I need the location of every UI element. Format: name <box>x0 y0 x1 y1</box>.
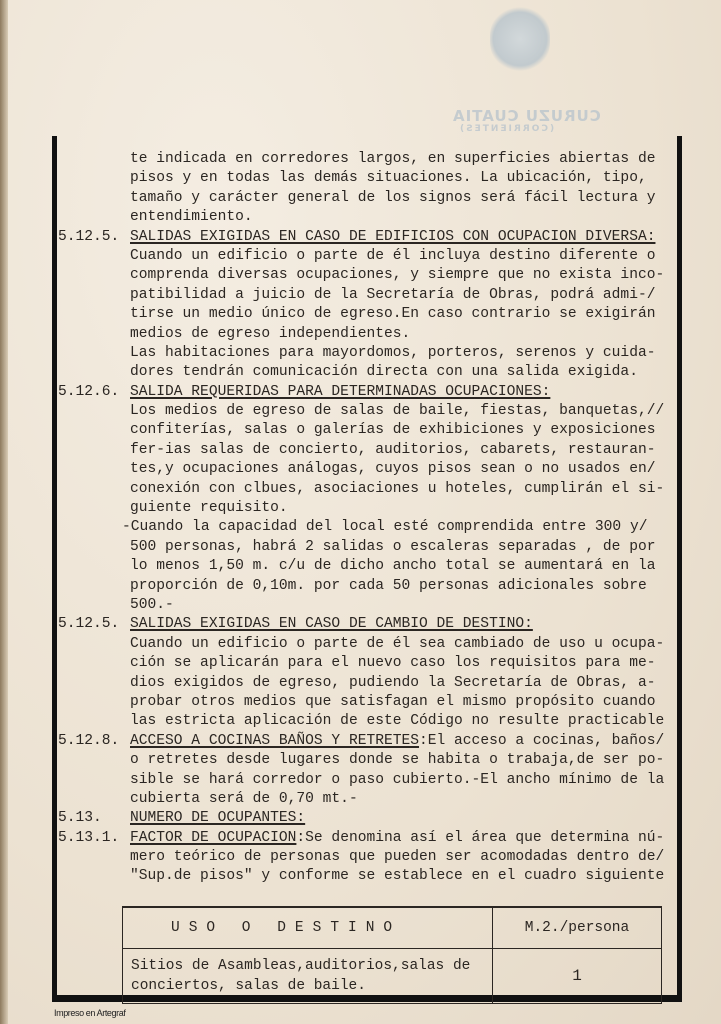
text-line: te indicada en corredores largos, en sup… <box>58 150 680 169</box>
section-heading: SALIDAS EXIGIDAS EN CASO DE EDIFICIOS CO… <box>130 229 655 245</box>
section-line: 5.13.NUMERO DE OCUPANTES: <box>58 809 680 828</box>
section-number: 5.12.8. <box>58 732 119 751</box>
line-text: entendimiento. <box>130 209 253 225</box>
line-text: Cuando un edificio o parte de él incluya… <box>130 248 655 264</box>
line-text: Las habitaciones para mayordomos, porter… <box>130 345 655 361</box>
line-text: pisos y en todas las demás situaciones. … <box>130 170 647 186</box>
section-heading: SALIDA REQUERIDAS PARA DETERMINADAS OCUP… <box>130 384 550 400</box>
section-heading: SALIDAS EXIGIDAS EN CASO DE CAMBIO DE DE… <box>130 616 533 632</box>
line-text: :Se denomina así el área que determina n… <box>296 830 664 846</box>
line-text: patibilidad a juicio de la Secretaría de… <box>130 287 655 303</box>
text-line: -Cuando la capacidad del local esté comp… <box>58 518 680 537</box>
section-line: 5.13.1.FACTOR DE OCUPACION:Se denomina a… <box>58 829 680 848</box>
section-heading: ACCESO A COCINAS BAÑOS Y RETRETES <box>130 733 419 749</box>
text-line: confiterías, salas o galerías de exhibic… <box>58 421 680 440</box>
text-line: entendimiento. <box>58 208 680 227</box>
text-line: comprenda diversas ocupaciones, y siempr… <box>58 266 680 285</box>
section-number: 5.12.6. <box>58 383 119 402</box>
text-line: probar otros medios que satisfagan el mi… <box>58 693 680 712</box>
printer-credit: Impreso en Artegraf <box>54 1008 125 1018</box>
cell-use: Sitios de Asambleas,auditorios,salas dec… <box>123 949 493 1004</box>
text-line: mero teórico de personas que pueden ser … <box>58 848 680 867</box>
text-line: o retretes desde lugares donde se habita… <box>58 751 680 770</box>
line-text: te indicada en corredores largos, en sup… <box>130 151 655 167</box>
line-text: lo menos 1,50 m. c/u de dicho ancho tota… <box>130 558 655 574</box>
line-text: :El acceso a cocinas, baños/ <box>419 733 664 749</box>
text-line: tirse un medio único de egreso.En caso c… <box>58 305 680 324</box>
line-text: probar otros medios que satisfagan el mi… <box>130 694 655 710</box>
watermark-province: (CORRIENTES) <box>458 124 554 134</box>
text-line: ción se aplicarán para el nuevo caso los… <box>58 654 680 673</box>
text-line: Cuando un edificio o parte de él incluya… <box>58 247 680 266</box>
line-text: Los medios de egreso de salas de baile, … <box>130 403 664 419</box>
line-text: medios de egreso independientes. <box>130 326 410 342</box>
watermark-city: CURUZU CUATIA <box>452 107 601 125</box>
line-text: Cuando un edificio o parte de él sea cam… <box>130 636 664 652</box>
line-text: dios exigidos de egreso, pudiendo la Sec… <box>130 675 655 691</box>
text-line: lo menos 1,50 m. c/u de dicho ancho tota… <box>58 557 680 576</box>
line-text: o retretes desde lugares donde se habita… <box>130 752 664 768</box>
line-text: las estricta aplicación de este Código n… <box>130 713 664 729</box>
text-line: "Sup.de pisos" y conforme se establece e… <box>58 867 680 886</box>
document-body: te indicada en corredores largos, en sup… <box>58 150 680 887</box>
line-text: 500.- <box>130 597 174 613</box>
text-line: dios exigidos de egreso, pudiendo la Sec… <box>58 674 680 693</box>
line-text: cubierta será de 0,70 mt.- <box>130 791 358 807</box>
frame-left-border <box>52 136 57 1002</box>
seal-watermark-icon <box>490 6 550 72</box>
line-text: ción se aplicarán para el nuevo caso los… <box>130 655 655 671</box>
line-text: conexión con clbues, asociaciones u hote… <box>130 481 664 497</box>
section-number: 5.13. <box>58 809 102 828</box>
text-line: guiente requisito. <box>58 499 680 518</box>
page-edge-shadow <box>0 0 8 1024</box>
text-line: Las habitaciones para mayordomos, porter… <box>58 344 680 363</box>
text-line: proporción de 0,10m. por cada 50 persona… <box>58 577 680 596</box>
text-line: 500 personas, habrá 2 salidas o escalera… <box>58 538 680 557</box>
text-line: Los medios de egreso de salas de baile, … <box>58 402 680 421</box>
text-line: cubierta será de 0,70 mt.- <box>58 790 680 809</box>
line-text: guiente requisito. <box>130 500 288 516</box>
line-text: -Cuando la capacidad del local esté comp… <box>122 519 647 535</box>
text-line: tamaño y carácter general de los signos … <box>58 189 680 208</box>
line-text: "Sup.de pisos" y conforme se establece e… <box>130 868 664 884</box>
line-text: 500 personas, habrá 2 salidas o escalera… <box>130 539 655 555</box>
line-text: confiterías, salas o galerías de exhibic… <box>130 422 655 438</box>
section-line: 5.12.5.SALIDAS EXIGIDAS EN CASO DE EDIFI… <box>58 228 680 247</box>
column-header-use: USO O DESTINO <box>123 907 493 949</box>
section-line: 5.12.5.SALIDAS EXIGIDAS EN CASO DE CAMBI… <box>58 615 680 634</box>
cell-area-per-person: 1 <box>493 949 662 1004</box>
line-text: comprenda diversas ocupaciones, y siempr… <box>130 267 664 283</box>
section-heading: NUMERO DE OCUPANTES: <box>130 810 305 826</box>
line-text: sible se hará corredor o paso cubierto.-… <box>130 772 664 788</box>
text-line: sible se hará corredor o paso cubierto.-… <box>58 771 680 790</box>
text-line: fer-ias salas de concierto, auditorios, … <box>58 441 680 460</box>
text-line: pisos y en todas las demás situaciones. … <box>58 169 680 188</box>
section-heading: FACTOR DE OCUPACION <box>130 830 296 846</box>
line-text: mero teórico de personas que pueden ser … <box>130 849 664 865</box>
text-line: medios de egreso independientes. <box>58 325 680 344</box>
table-row: Sitios de Asambleas,auditorios,salas dec… <box>123 949 662 1004</box>
line-text: fer-ias salas de concierto, auditorios, … <box>130 442 655 458</box>
section-line: 5.12.8.ACCESO A COCINAS BAÑOS Y RETRETES… <box>58 732 680 751</box>
text-line: Cuando un edificio o parte de él sea cam… <box>58 635 680 654</box>
column-header-area: M.2./persona <box>493 907 662 949</box>
section-number: 5.13.1. <box>58 829 119 848</box>
section-number: 5.12.5. <box>58 615 119 634</box>
table-header-row: USO O DESTINO M.2./persona <box>123 907 662 949</box>
text-line: patibilidad a juicio de la Secretaría de… <box>58 286 680 305</box>
text-line: tes,y ocupaciones análogas, cuyos pisos … <box>58 460 680 479</box>
line-text: proporción de 0,10m. por cada 50 persona… <box>130 578 647 594</box>
line-text: tes,y ocupaciones análogas, cuyos pisos … <box>130 461 655 477</box>
text-line: las estricta aplicación de este Código n… <box>58 712 680 731</box>
section-line: 5.12.6.SALIDA REQUERIDAS PARA DETERMINAD… <box>58 383 680 402</box>
line-text: tirse un medio único de egreso.En caso c… <box>130 306 655 322</box>
line-text: tamaño y carácter general de los signos … <box>130 190 655 206</box>
text-line: dores tendrán comunicación directa con u… <box>58 363 680 382</box>
text-line: 500.- <box>58 596 680 615</box>
text-line: conexión con clbues, asociaciones u hote… <box>58 480 680 499</box>
line-text: dores tendrán comunicación directa con u… <box>130 364 638 380</box>
section-number: 5.12.5. <box>58 228 119 247</box>
occupancy-table: USO O DESTINO M.2./persona Sitios de Asa… <box>122 906 662 1004</box>
